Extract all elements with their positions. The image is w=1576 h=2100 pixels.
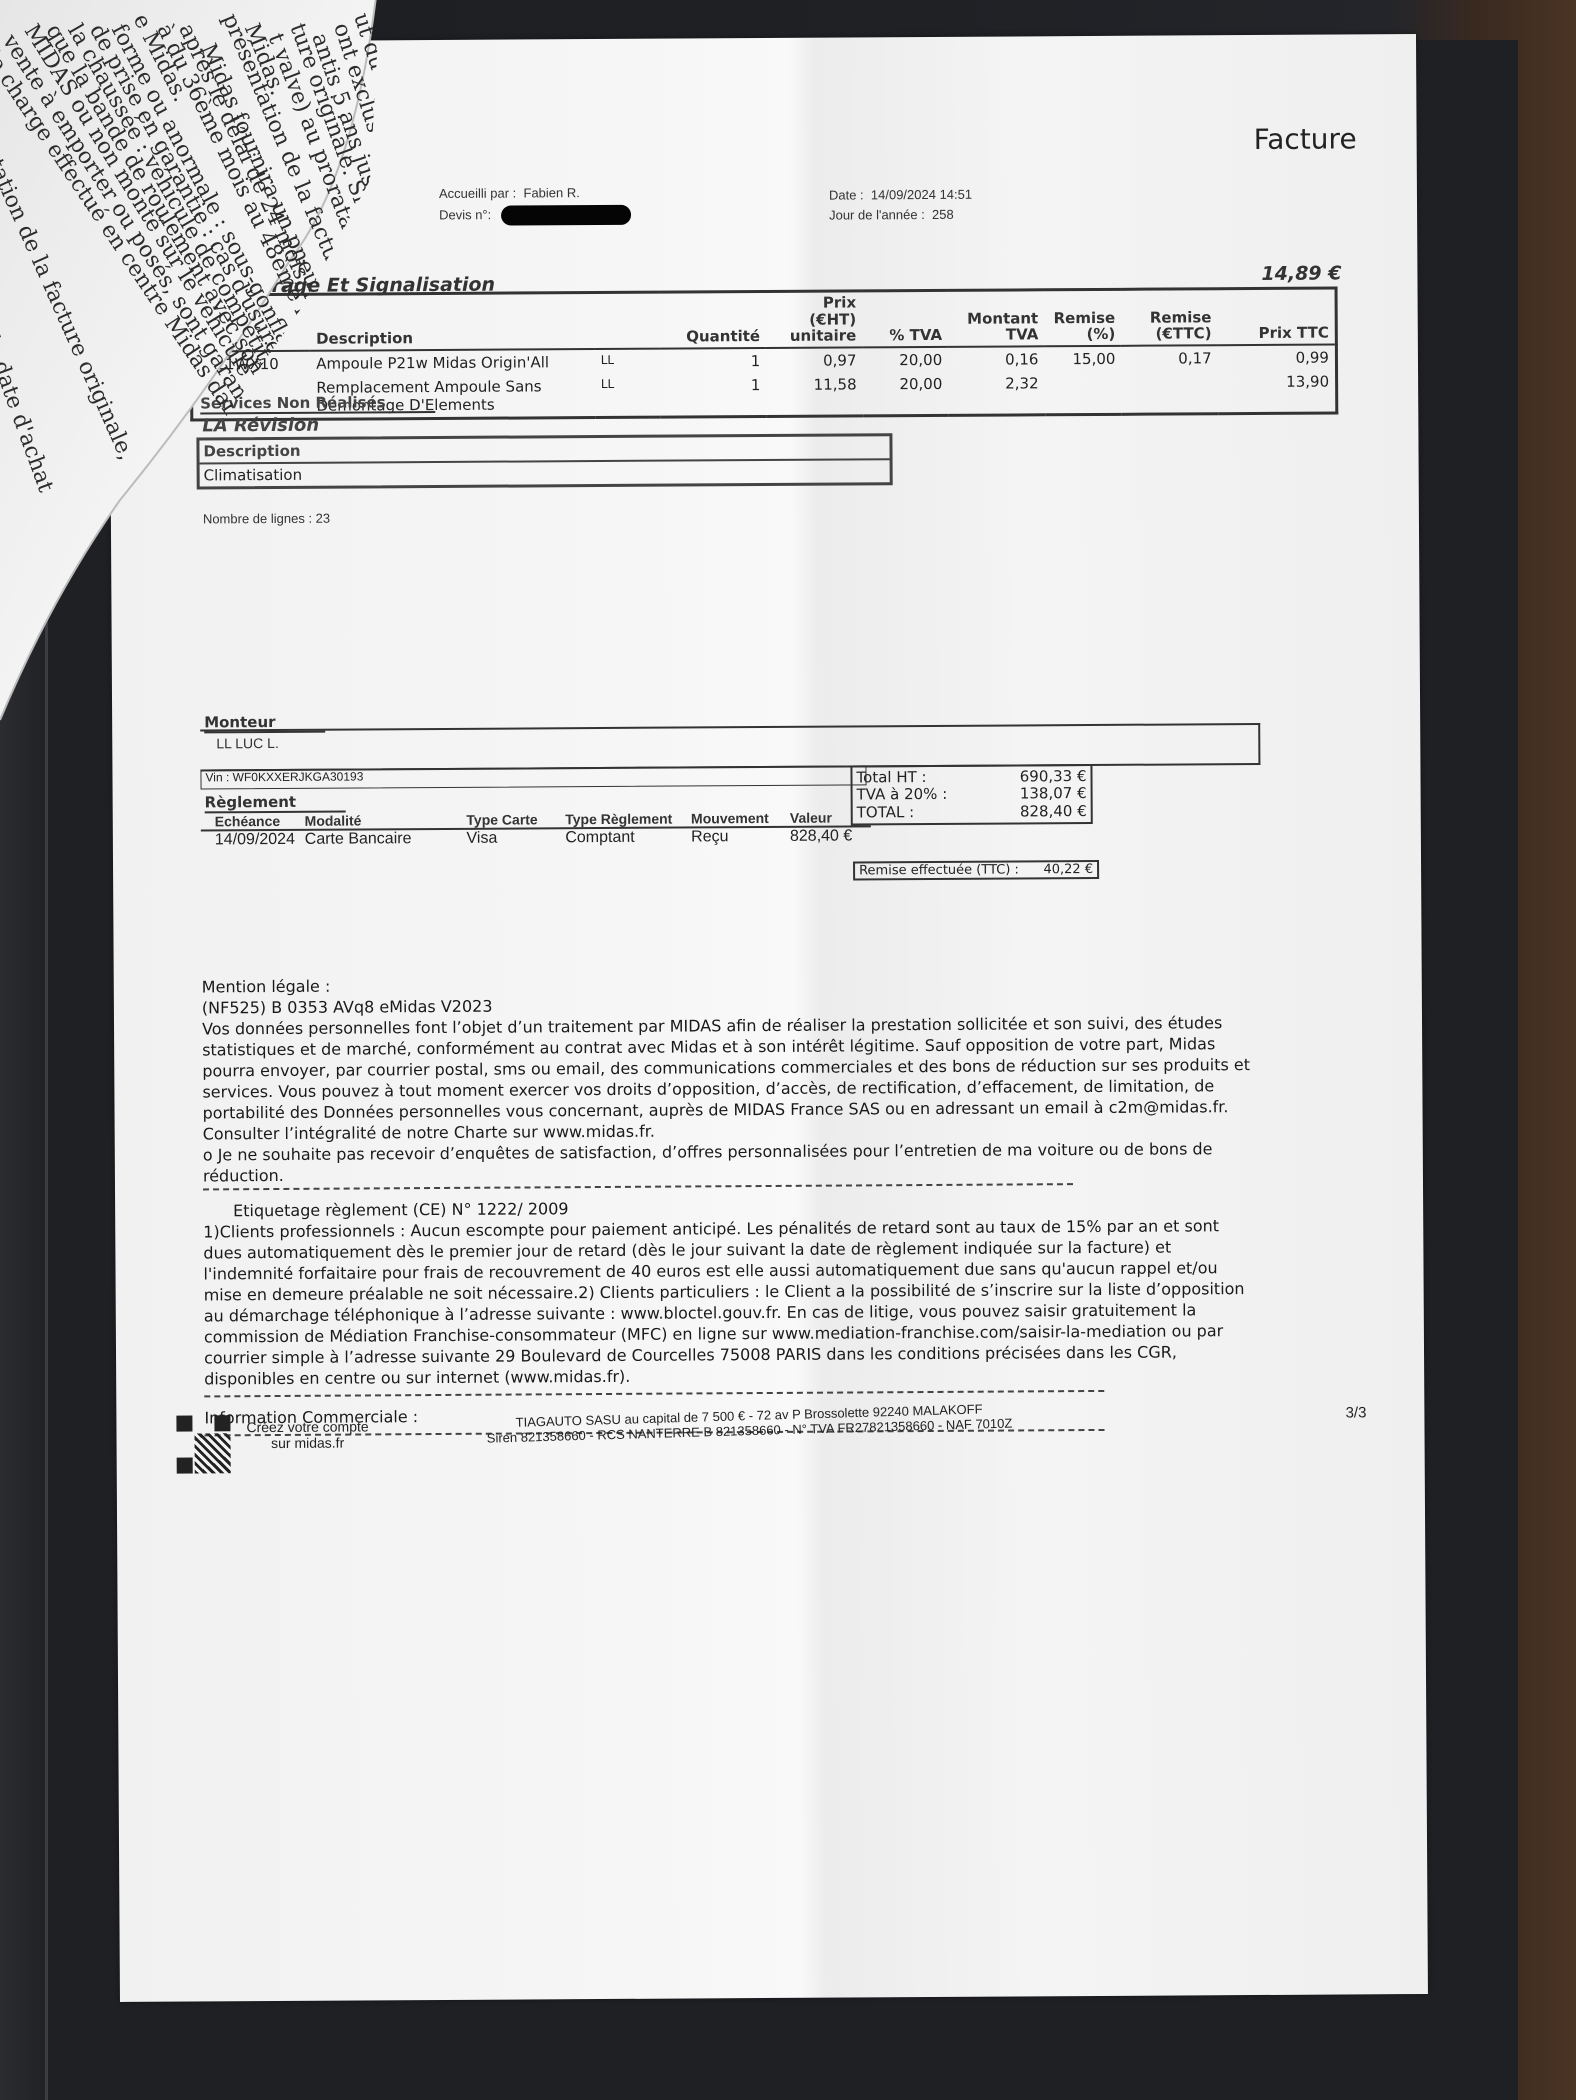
reglement-table: Echéance Modalité Type Carte Type Règlem…: [201, 809, 871, 849]
legal-conditions: 1)Clients professionnels : Aucun escompt…: [203, 1215, 1254, 1389]
cell-remise-pct: 15,00: [1044, 345, 1121, 370]
col-prix-unitaire: Prix (€HT) unitaire: [766, 291, 863, 348]
total-ht-label: Total HT :: [856, 769, 926, 787]
devis-line: Devis n°:: [439, 205, 631, 226]
accueilli-value: Fabien R.: [523, 185, 579, 200]
qr-code-icon[interactable]: [176, 1415, 230, 1473]
jour-value: 258: [932, 207, 954, 222]
cell-remise-pct: [1045, 370, 1122, 414]
jour-line: Jour de l'année : 258: [829, 207, 954, 223]
cell-mouvement: Reçu: [691, 828, 790, 847]
vin-field: Vin : WF0KXXERJKGA30193: [200, 765, 866, 789]
col-type-reglement: Type Règlement: [565, 810, 691, 827]
cell-unit-price: 0,97: [766, 347, 862, 373]
table-row: 14/09/2024 Carte Bancaire Visa Comptant …: [201, 827, 871, 849]
nombre-lignes: Nombre de lignes : 23: [203, 511, 330, 527]
totals-box: Total HT :690,33 € TVA à 20% :138,07 € T…: [850, 764, 1092, 825]
tva-row: TVA à 20% :138,07 €: [857, 785, 1087, 804]
revision-table: Description Climatisation: [196, 433, 892, 489]
accueilli-line: Accueilli par : Fabien R.: [439, 185, 580, 201]
col-type-carte: Type Carte: [466, 811, 565, 828]
col-mouvement: Mouvement: [691, 810, 790, 827]
total-value: 828,40 €: [1020, 803, 1087, 821]
col-tva-pct: % TVA: [862, 290, 948, 347]
cell-type-carte: Visa: [466, 829, 565, 848]
col-quantite: Quantité: [659, 291, 766, 348]
remise-label: Remise effectuée (TTC) :: [859, 862, 1019, 878]
cell-qty: 1: [660, 372, 767, 416]
cell-code: LL: [595, 373, 660, 417]
cell-tva-amount: 2,32: [948, 371, 1044, 415]
cell-prix-ttc: 13,90: [1218, 369, 1337, 413]
cell-remise-ttc: 0,17: [1121, 345, 1217, 371]
total-ht-value: 690,33 €: [1020, 768, 1087, 786]
cell-qty: 1: [659, 347, 766, 373]
revision-item: Climatisation: [200, 460, 890, 486]
remise-box: Remise effectuée (TTC) : 40,22 €: [853, 860, 1099, 881]
col-echeance: Echéance: [201, 813, 305, 830]
jour-label: Jour de l'année :: [829, 207, 925, 223]
footer: Créez votre compte sur midas.fr TIAGAUTO…: [176, 1404, 1366, 1481]
cell-description: Ampoule P21w Midas Origin'All: [310, 349, 595, 376]
col-prix-ttc: Prix TTC: [1217, 288, 1336, 345]
tva-value: 138,07 €: [1020, 785, 1087, 803]
col-remise-pct: Remise (%): [1044, 289, 1121, 345]
legal-optout-checkbox[interactable]: o Je ne souhaite pas recevoir d’enquêtes…: [203, 1138, 1253, 1186]
date-value: 14/09/2024 14:51: [871, 187, 972, 203]
devis-label: Devis n°:: [439, 207, 491, 222]
col-remise-ttc: Remise (€TTC): [1121, 289, 1218, 346]
reglement-section: Règlement: [205, 793, 347, 814]
col-description: Description: [310, 293, 595, 351]
qr-caption: Créez votre compte sur midas.fr: [246, 1418, 368, 1451]
col-code: [594, 292, 659, 348]
cell-echeance: 14/09/2024: [201, 831, 305, 850]
category-total: 14,89 €: [1261, 262, 1341, 284]
total-row: TOTAL :828,40 €: [857, 803, 1087, 822]
cell-unit-price: 11,58: [766, 372, 862, 416]
cell-prix-ttc: 0,99: [1218, 344, 1337, 370]
date-line: Date : 14/09/2024 14:51: [829, 187, 972, 203]
page-number: 3/3: [1345, 1404, 1366, 1421]
cell-modalite: Carte Bancaire: [305, 830, 467, 849]
tva-label: TVA à 20% :: [857, 786, 948, 804]
accueilli-label: Accueilli par :: [439, 186, 516, 201]
cell-tva-amount: 0,16: [948, 346, 1044, 372]
cell-type-reglement: Comptant: [565, 828, 691, 847]
legal-section: Mention légale : (NF525) B 0353 AVq8 eMi…: [202, 970, 1255, 1442]
cell-code: LL: [595, 348, 660, 373]
remise-value: 40,22 €: [1043, 862, 1093, 877]
redacted-devis-number: [501, 205, 631, 226]
monteur-box: [200, 723, 1260, 771]
curl-line: de la date d'achat: [0, 300, 58, 496]
qr-caption-line2: sur midas.fr: [247, 1434, 369, 1451]
reglement-label: Règlement: [205, 793, 347, 814]
col-montant-tva: Montant TVA: [948, 290, 1045, 347]
divider: [204, 1390, 1104, 1397]
invoice-page: Facture 024-2534 Accueilli par : Fabien …: [108, 34, 1428, 2002]
cell-valeur: 828,40 €: [790, 827, 871, 845]
legal-rgpd: Vos données personnelles font l’objet d’…: [202, 1012, 1253, 1144]
col-valeur: Valeur: [790, 809, 871, 825]
document-title: Facture: [1254, 122, 1357, 156]
cell-tva-pct: 20,00: [862, 346, 948, 372]
col-modalite: Modalité: [305, 812, 467, 829]
qr-caption-line1: Créez votre compte: [246, 1418, 368, 1435]
monteur-value: LL LUC L.: [216, 735, 279, 751]
cell-remise-ttc: [1122, 370, 1218, 414]
cell-tva-pct: 20,00: [863, 371, 949, 415]
date-label: Date :: [829, 187, 864, 202]
